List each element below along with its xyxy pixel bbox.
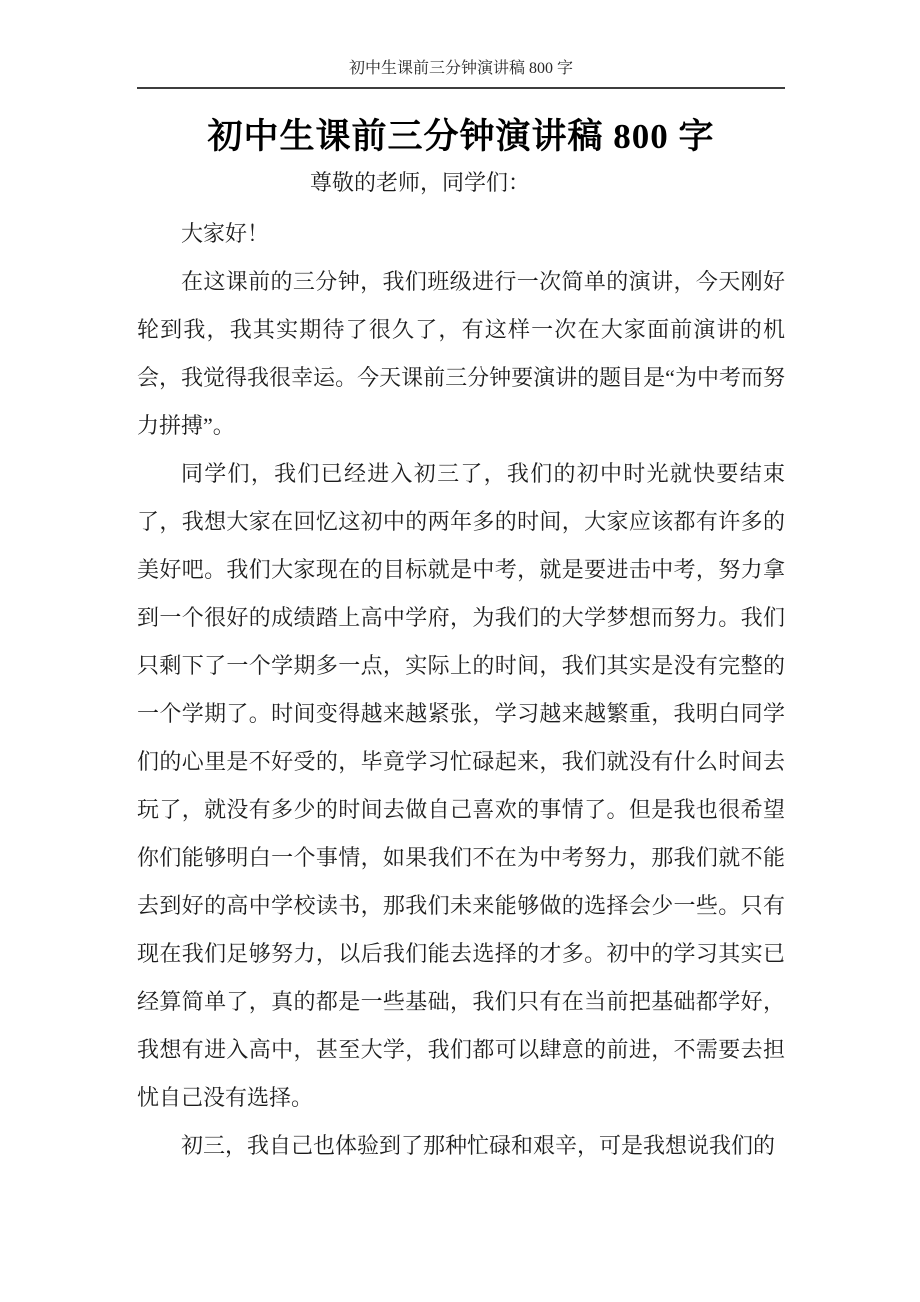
document-page: 初中生课前三分钟演讲稿 800 字 初中生课前三分钟演讲稿 800 字 尊敬的老… bbox=[0, 0, 920, 1302]
document-body: 大家好！ 在这课前的三分钟，我们班级进行一次简单的演讲，今天刚好轮到我，我其实期… bbox=[137, 210, 785, 1170]
paragraph-closing-partial: 初三，我自己也体验到了那种忙碌和艰辛，可是我想说我们的 bbox=[137, 1122, 785, 1170]
page-title: 初中生课前三分钟演讲稿 800 字 bbox=[137, 112, 785, 162]
page-running-header: 初中生课前三分钟演讲稿 800 字 bbox=[137, 58, 785, 89]
paragraph-greeting: 大家好！ bbox=[137, 210, 785, 258]
salutation-line: 尊敬的老师，同学们： bbox=[137, 168, 785, 198]
paragraph-main: 同学们，我们已经进入初三了，我们的初中时光就快要结束了，我想大家在回忆这初中的两… bbox=[137, 450, 785, 1122]
paragraph-intro: 在这课前的三分钟，我们班级进行一次简单的演讲，今天刚好轮到我，我其实期待了很久了… bbox=[137, 258, 785, 450]
running-header-text: 初中生课前三分钟演讲稿 800 字 bbox=[349, 60, 573, 77]
